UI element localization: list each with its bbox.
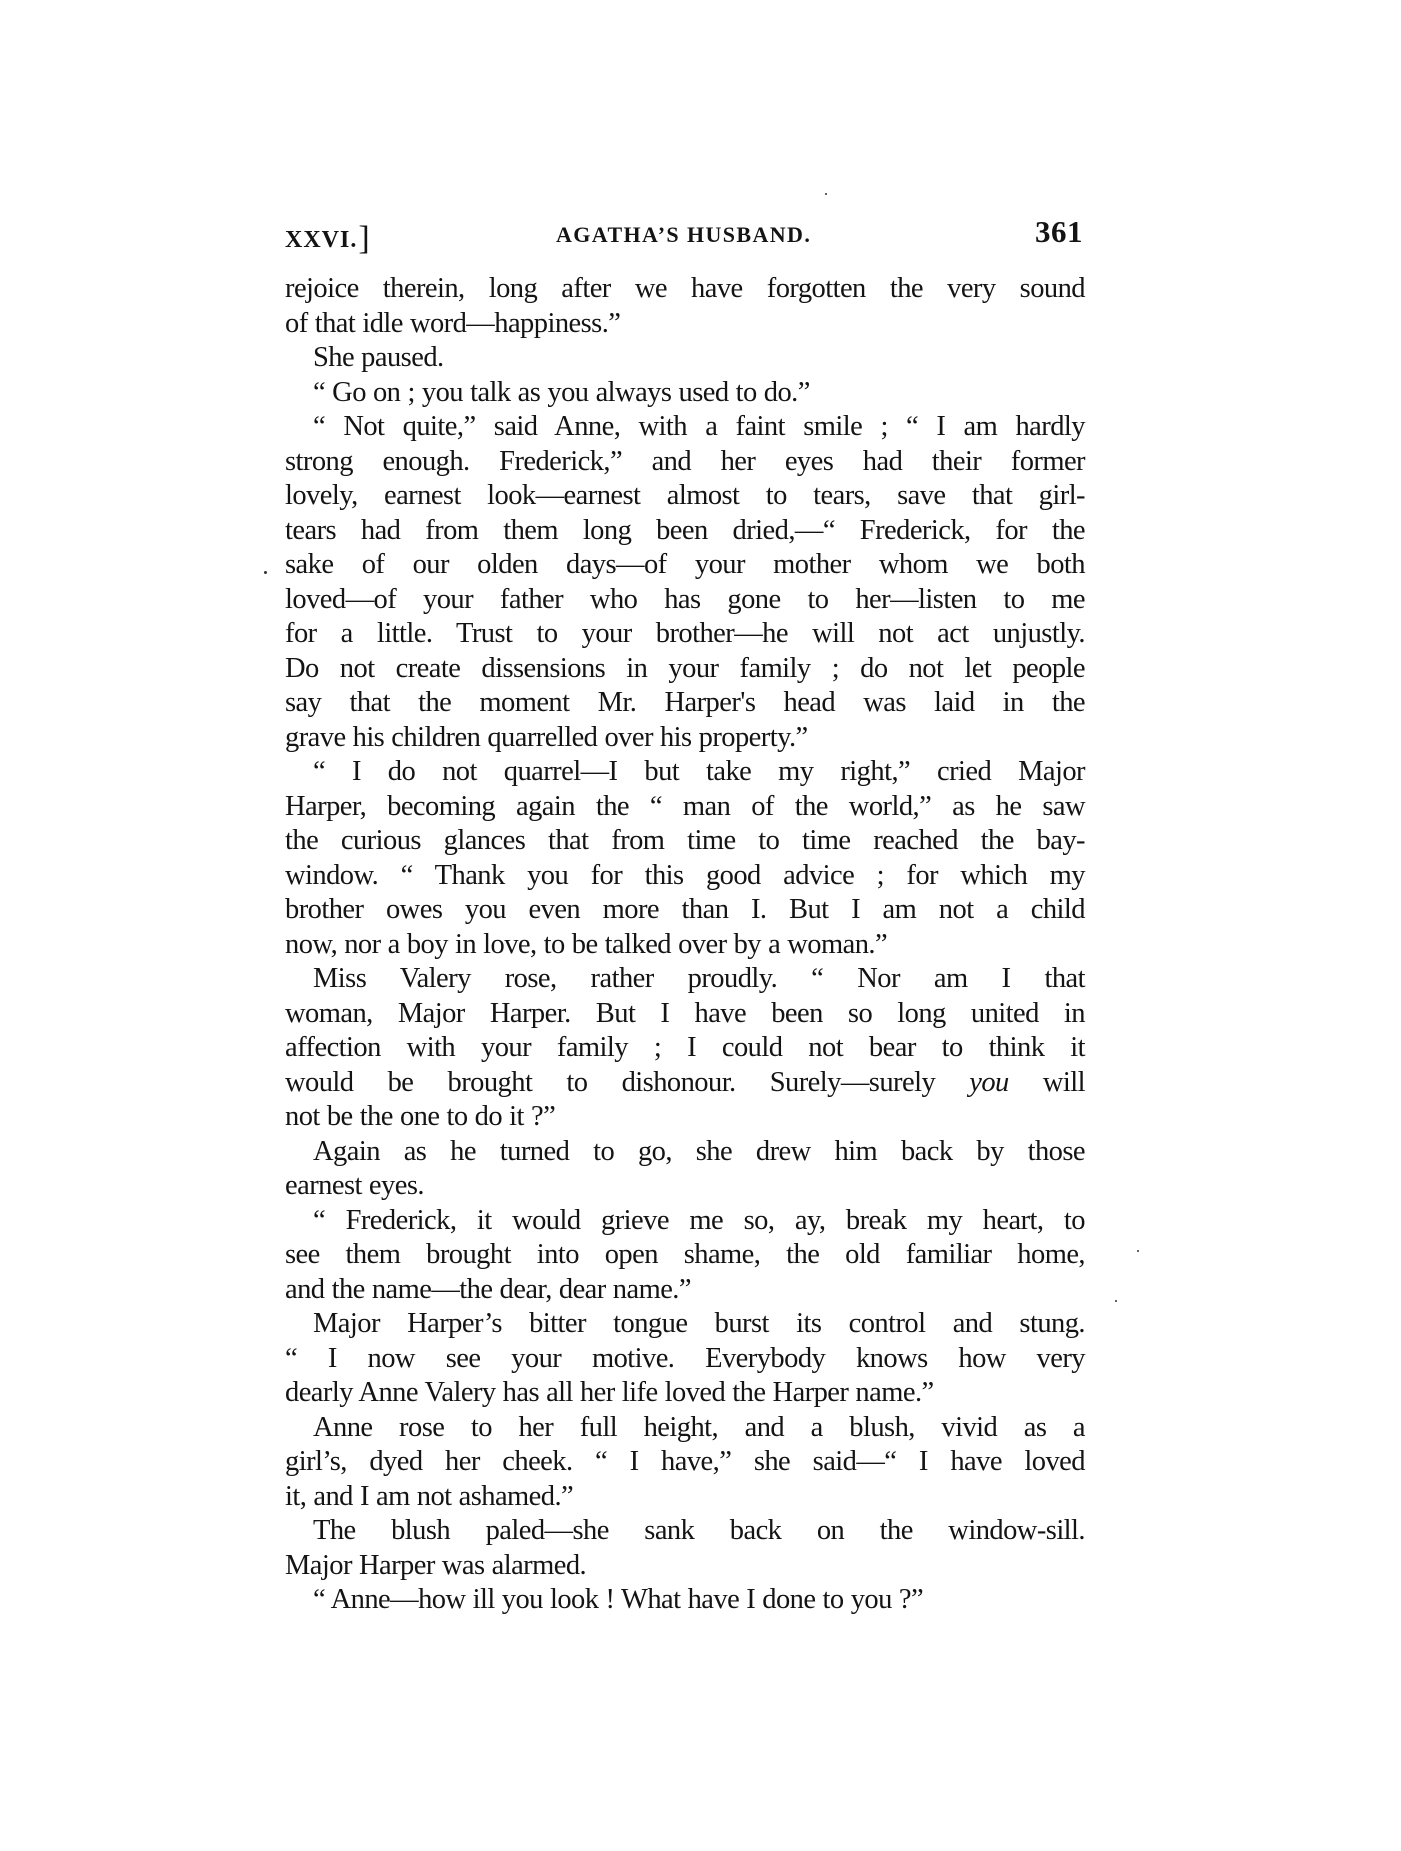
text-line: rejoice therein, long after we have forg…	[285, 272, 1085, 307]
text-line: Major Harper was alarmed.	[285, 1549, 1085, 1584]
text-line: of that idle word—happiness.”	[285, 307, 1085, 342]
book-page: XXVI.] AGATHA’S HUSBAND. 361 rejoice the…	[285, 212, 1085, 1618]
text-line-content: lovely, earnest look—earnest almost to t…	[285, 480, 1085, 511]
text-line: strong enough. Frederick,” and her eyes …	[285, 445, 1085, 480]
text-line: grave his children quarrelled over his p…	[285, 721, 1085, 756]
print-speck	[1137, 1250, 1139, 1252]
text-line-content: grave his children quarrelled over his p…	[285, 722, 808, 753]
chapter-label: XXVI.	[285, 227, 357, 253]
text-line: say that the moment Mr. Harper's head wa…	[285, 686, 1085, 721]
text-line: affection with your family ; I could not…	[285, 1031, 1085, 1066]
text-line-content: tears had from them long been dried,—“ F…	[285, 515, 1085, 546]
text-line-content: Again as he turned to go, she drew him b…	[313, 1136, 1085, 1167]
text-line: Miss Valery rose, rather proudly. “ Nor …	[285, 962, 1085, 997]
text-line-content: Do not create dissensions in your family…	[285, 653, 1085, 684]
text-line: Major Harper’s bitter tongue burst its c…	[285, 1307, 1085, 1342]
print-speck	[1115, 1300, 1117, 1302]
text-line: Again as he turned to go, she drew him b…	[285, 1135, 1085, 1170]
text-line: tears had from them long been dried,—“ F…	[285, 514, 1085, 549]
text-line-content: and the name—the dear, dear name.”	[285, 1274, 691, 1305]
text-line-content: would be brought to dishonour. Surely—su…	[285, 1067, 969, 1098]
body-text: rejoice therein, long after we have forg…	[285, 272, 1085, 1618]
text-line: lovely, earnest look—earnest almost to t…	[285, 479, 1085, 514]
text-line-content: woman, Major Harper. But I have been so …	[285, 998, 1085, 1029]
text-line-content: sake of our olden days—of your mother wh…	[285, 549, 1085, 580]
text-line-content: Anne rose to her full height, and a blus…	[313, 1412, 1085, 1443]
text-line: Anne rose to her full height, and a blus…	[285, 1411, 1085, 1446]
text-line: now, nor a boy in love, to be talked ove…	[285, 928, 1085, 963]
text-line-content: Major Harper was alarmed.	[285, 1550, 586, 1581]
page-number: 361	[1035, 214, 1083, 250]
text-line-content: “ I now see your motive. Everybody knows…	[285, 1343, 1085, 1374]
text-line: “ Go on ; you talk as you always used to…	[285, 376, 1085, 411]
text-line-content: “ Not quite,” said Anne, with a faint sm…	[313, 411, 1085, 442]
text-line-content: not be the one to do it ?”	[285, 1101, 555, 1132]
text-line-content: affection with your family ; I could not…	[285, 1032, 1085, 1063]
print-speck	[825, 193, 827, 195]
text-line-content: loved—of your father who has gone to her…	[285, 584, 1085, 615]
text-line: brother owes you even more than I. But I…	[285, 893, 1085, 928]
text-line: for a little. Trust to your brother—he w…	[285, 617, 1085, 652]
text-line-content: The blush paled—she sank back on the win…	[313, 1515, 1085, 1546]
text-line: “ I do not quarrel—I but take my right,”…	[285, 755, 1085, 790]
text-line-content: girl’s, dyed her cheek. “ I have,” she s…	[285, 1446, 1085, 1477]
text-line-content: “ Go on ; you talk as you always used to…	[313, 377, 810, 408]
text-line-content: strong enough. Frederick,” and her eyes …	[285, 446, 1085, 477]
text-line: “ Frederick, it would grieve me so, ay, …	[285, 1204, 1085, 1239]
text-line-content: window. “ Thank you for this good advice…	[285, 860, 1085, 891]
text-line-content: the curious glances that from time to ti…	[285, 825, 1085, 856]
text-line: Harper, becoming again the “ man of the …	[285, 790, 1085, 825]
text-line: would be brought to dishonour. Surely—su…	[285, 1066, 1085, 1101]
text-line: earnest eyes.	[285, 1169, 1085, 1204]
text-line-content: will	[1009, 1067, 1085, 1098]
text-line: “ I now see your motive. Everybody knows…	[285, 1342, 1085, 1377]
text-line: not be the one to do it ?”	[285, 1100, 1085, 1135]
text-line-content: “ Frederick, it would grieve me so, ay, …	[313, 1205, 1085, 1236]
book-title: AGATHA’S HUSBAND.	[556, 222, 811, 248]
text-line: “ Not quite,” said Anne, with a faint sm…	[285, 410, 1085, 445]
text-line: “ Anne—how ill you look ! What have I do…	[285, 1583, 1085, 1618]
text-line: dearly Anne Valery has all her life love…	[285, 1376, 1085, 1411]
text-line: sake of our olden days—of your mother wh…	[285, 548, 1085, 583]
text-line-content: Major Harper’s bitter tongue burst its c…	[313, 1308, 1085, 1339]
text-line-content: earnest eyes.	[285, 1170, 424, 1201]
text-line-content: for a little. Trust to your brother—he w…	[285, 618, 1085, 649]
text-line: Do not create dissensions in your family…	[285, 652, 1085, 687]
text-line: it, and I am not ashamed.”	[285, 1480, 1085, 1515]
emphasis: you	[969, 1067, 1009, 1098]
text-line: girl’s, dyed her cheek. “ I have,” she s…	[285, 1445, 1085, 1480]
chapter-number: XXVI.]	[285, 218, 371, 256]
text-line-content: it, and I am not ashamed.”	[285, 1481, 573, 1512]
text-line: the curious glances that from time to ti…	[285, 824, 1085, 859]
text-line: and the name—the dear, dear name.”	[285, 1273, 1085, 1308]
print-speck	[264, 571, 267, 574]
text-line-content: see them brought into open shame, the ol…	[285, 1239, 1085, 1270]
text-line: see them brought into open shame, the ol…	[285, 1238, 1085, 1273]
text-line-content: now, nor a boy in love, to be talked ove…	[285, 929, 887, 960]
text-line: loved—of your father who has gone to her…	[285, 583, 1085, 618]
text-line: woman, Major Harper. But I have been so …	[285, 997, 1085, 1032]
text-line-content: “ Anne—how ill you look ! What have I do…	[313, 1584, 923, 1615]
text-line-content: Harper, becoming again the “ man of the …	[285, 791, 1085, 822]
text-line-content: of that idle word—happiness.”	[285, 308, 620, 339]
text-line: The blush paled—she sank back on the win…	[285, 1514, 1085, 1549]
text-line-content: say that the moment Mr. Harper's head wa…	[285, 687, 1085, 718]
text-line-content: She paused.	[313, 342, 444, 373]
chapter-bracket: ]	[358, 220, 370, 257]
text-line-content: rejoice therein, long after we have forg…	[285, 273, 1085, 304]
text-line-content: brother owes you even more than I. But I…	[285, 894, 1085, 925]
text-line-content: dearly Anne Valery has all her life love…	[285, 1377, 934, 1408]
text-line-content: Miss Valery rose, rather proudly. “ Nor …	[313, 963, 1085, 994]
text-line: She paused.	[285, 341, 1085, 376]
text-line-content: “ I do not quarrel—I but take my right,”…	[313, 756, 1085, 787]
text-line: window. “ Thank you for this good advice…	[285, 859, 1085, 894]
running-head: XXVI.] AGATHA’S HUSBAND. 361	[285, 212, 1085, 256]
